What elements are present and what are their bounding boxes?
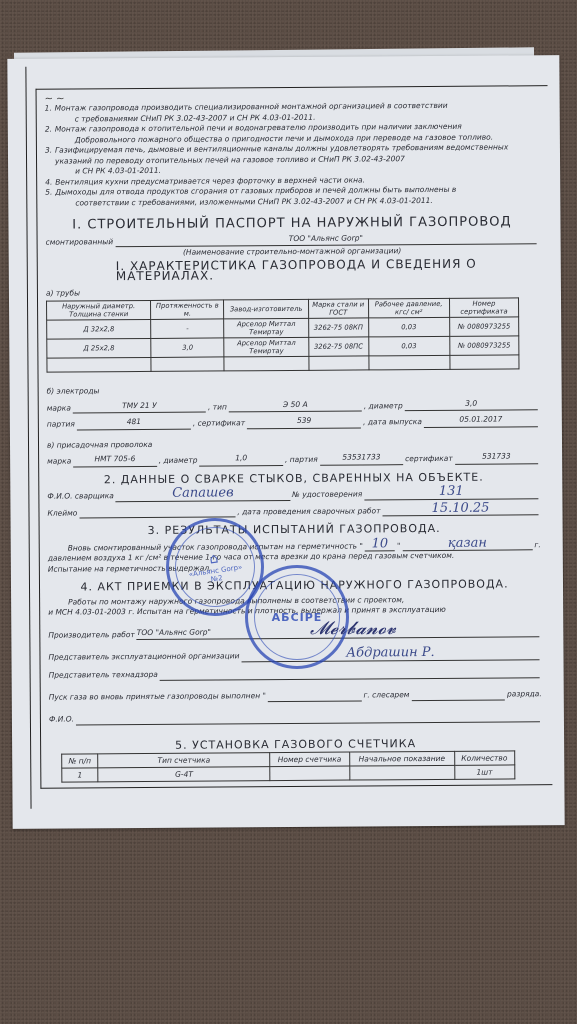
requirements-list: 1.Монтаж газопровода производить специал… (45, 100, 539, 208)
weld-date: 15.10.25 (382, 503, 538, 517)
mounted-label: смонтированный (46, 237, 114, 248)
electrodes-row-2: партия 481 , сертификат 539 , дата выпус… (47, 414, 540, 430)
house-icon: ⌂ (186, 547, 242, 570)
welder-cert: 131 (364, 486, 538, 500)
test-month: қазан (402, 538, 532, 551)
electrode-date: 05.01.2017 (424, 414, 538, 427)
passport-document-page: ~ ~ 1.Монтаж газопровода производить спе… (7, 55, 564, 829)
gas-meter-table: № п/п Тип счетчика Номер счетчика Началь… (61, 750, 515, 782)
pipes-table: Наружный диаметр. Толщина стенки Протяже… (46, 297, 520, 372)
welder-stamp (79, 505, 235, 518)
table-row (47, 355, 519, 372)
gas-service-stamp: АБСІРЕ (245, 565, 349, 669)
electrode-brand: ТМУ 21 У (73, 400, 206, 413)
section2-title: 2. ДАННЫЕ О СВАРКЕ СТЫКОВ, СВАРЕННЫХ НА … (47, 472, 540, 486)
gas-launch-row: Пуск газа во вновь принятые газопроводы … (49, 688, 542, 703)
electrode-batch: 481 (77, 417, 191, 430)
weld-date-row: Клеймо , дата проведения сварочных работ… (47, 503, 540, 519)
binding-line (25, 67, 31, 809)
wire-row: марка НМТ 705-6 , диаметр 1,0 , партия 5… (47, 451, 540, 467)
tech-supervision-value (160, 666, 540, 681)
wire-brand: НМТ 705-6 (73, 454, 157, 467)
section1-title: I. ХАРАКТЕРИСТИКА ГАЗОПРОВОДА И СВЕДЕНИЯ… (116, 258, 539, 282)
page-content: 1.Монтаж газопровода производить специал… (45, 100, 543, 782)
wire-cert: 531733 (455, 451, 539, 464)
launch-date (268, 689, 362, 702)
wire-label: в) присадочная проволока (47, 437, 540, 451)
electrode-cert: 539 (247, 415, 361, 428)
electrodes-label: б) электроды (47, 383, 540, 397)
welder-name: Сапашев (116, 488, 290, 502)
section5-title: 5. УСТАНОВКА ГАЗОВОГО СЧЕТЧИКА (49, 738, 542, 752)
wire-batch: 53531733 (320, 452, 404, 465)
table-row: 1 G-4T 1шт (62, 765, 515, 782)
producer-signature: 𝓜𝓮𝓻𝓫𝓪𝓷𝓸𝓿 (310, 618, 396, 639)
electrode-diameter: 3,0 (405, 398, 538, 411)
pipes-label: а) трубы (46, 285, 539, 299)
page-frame: ~ ~ 1.Монтаж газопровода производить спе… (36, 85, 553, 789)
passport-title: I. СТРОИТЕЛЬНЫЙ ПАСПОРТ НА НАРУЖНЫЙ ГАЗО… (45, 217, 538, 231)
fitter-grade (411, 688, 505, 701)
test-day: 10 (365, 539, 395, 552)
fio-value (76, 710, 540, 725)
wire-diameter: 1,0 (199, 453, 283, 466)
electrodes-row-1: марка ТМУ 21 У , тип Э 50 А , диаметр 3,… (47, 398, 540, 414)
requirement-item: 5.Дымоходы для отвода продуктов сгорания… (45, 184, 538, 208)
fio-row: Ф.И.О. (49, 710, 542, 725)
electrode-type: Э 50 А (229, 399, 362, 412)
requirement-item: 3.Газифицируемая печь, дымовые и вентиля… (45, 142, 538, 177)
